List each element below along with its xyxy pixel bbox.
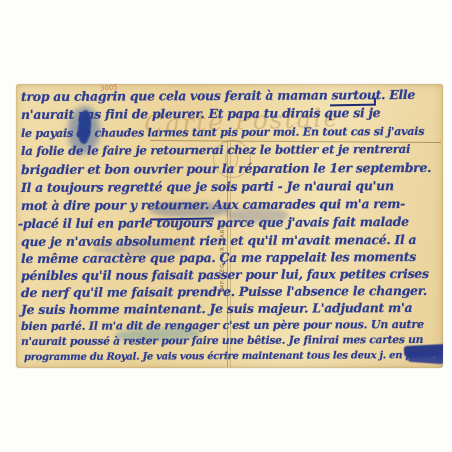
handwriting-line: le même caractère que papa. Ça me rappel…	[21, 249, 416, 267]
handwriting-line: programme du Royal. Je vais vous écrire …	[24, 348, 443, 366]
handwriting-line: de nerf qu'il me faisait prendre. Puisse…	[21, 283, 427, 301]
handwriting-line: trop au chagrin que cela vous ferait à m…	[21, 87, 415, 105]
handwriting-line: n'aurait poussé à rester pour faire une …	[21, 332, 423, 350]
handwriting-line: que je n'avais absolument rien et qu'il …	[21, 232, 416, 250]
scan-background: Carte Postale IMP. LÉG. CIR. PARIS 3005 …	[0, 0, 452, 452]
handwriting-line: -placé il lui en parle toujours parce qu…	[18, 214, 409, 232]
handwriting-line: Il a toujours regretté que je sois parti…	[21, 178, 394, 196]
handwriting-line: pénibles qu'il nous faisait passer pour …	[21, 266, 429, 284]
handwriting-line: n'aurait pas fini de pleurer. Et papa tu…	[21, 105, 380, 123]
handwriting-line: brigadier et bon ouvrier pour la réparat…	[21, 160, 431, 178]
postcard: Carte Postale IMP. LÉG. CIR. PARIS 3005 …	[16, 84, 443, 368]
handwriting-line: la folie de le faire je retournerai chez…	[21, 141, 410, 159]
handwriting-line: le payais de chaudes larmes tant pis pou…	[21, 123, 424, 141]
handwriting-line: mot à dire pour y retourner. Aux camarad…	[21, 196, 405, 214]
